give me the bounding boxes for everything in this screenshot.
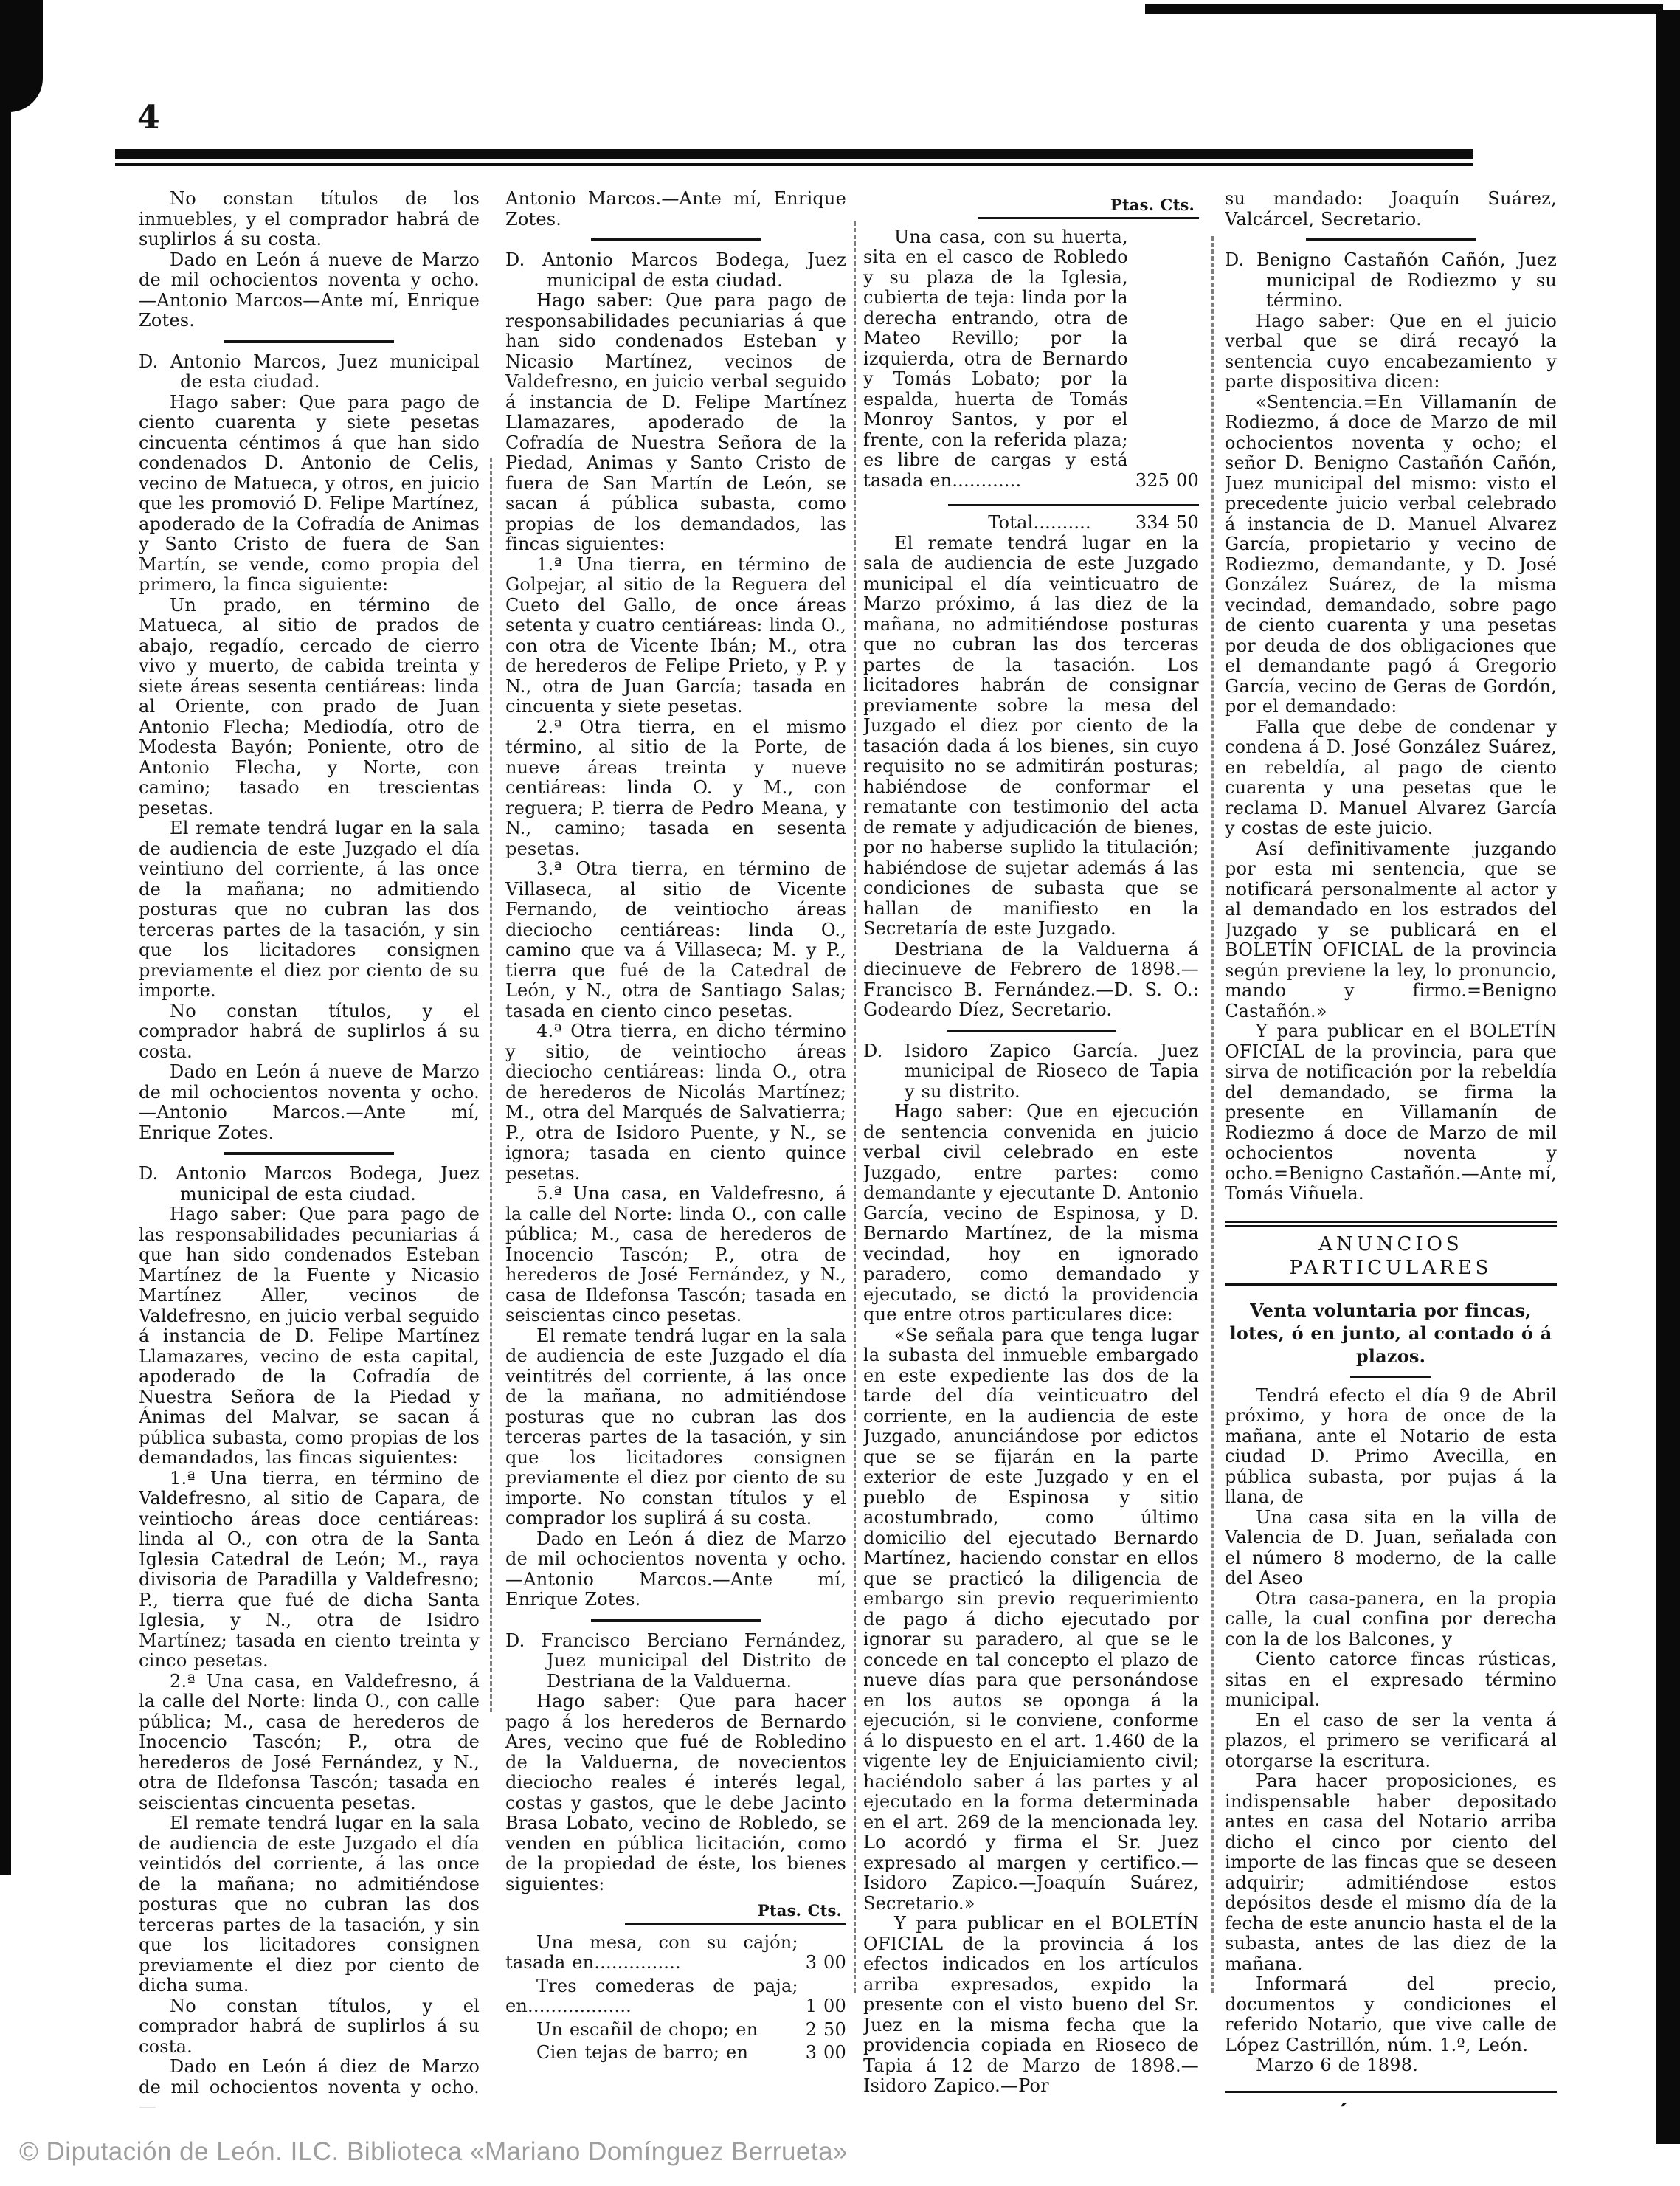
paragraph: 1.ª Una tierra, en término de Valdefresn…: [139, 1469, 480, 1672]
paragraph: «Sentencia.=En Villamanín de Rodiezmo, á…: [1225, 393, 1557, 717]
paragraph: 1.ª Una tierra, en término de Golpejar, …: [505, 555, 846, 717]
paragraph: Dado en León á diez de Marzo de mil ocho…: [139, 2057, 480, 2108]
paragraph: Marzo 6 de 1898.: [1225, 2055, 1557, 2076]
paragraph: Una casa sita en la villa de Valencia de…: [1225, 1508, 1557, 1589]
paragraph: Dado en León á nueve de Marzo de mil och…: [139, 1062, 480, 1143]
paragraph: El remate tendrá lugar en la sala de aud…: [863, 534, 1199, 939]
price-item-label: Una mesa, con su cajón; tasada en.......…: [505, 1933, 798, 1973]
paragraph: «Se señala para que tenga lugar la subas…: [863, 1325, 1199, 1914]
paragraph: Dado en León á nueve de Marzo de mil och…: [139, 250, 480, 331]
notice-opener: D. Antonio Marcos Bodega, Juez municipal…: [505, 250, 846, 291]
paragraph: Ciento catorce fincas rústicas, sitas en…: [1225, 1649, 1557, 1711]
price-total-row: Total..........334 50: [863, 504, 1199, 534]
paragraph: El remate tendrá lugar en la sala de aud…: [505, 1326, 846, 1529]
paragraph: Para hacer proposiciones, es indispensab…: [1225, 1771, 1557, 1974]
paragraph-continuation: Antonio Marcos.—Ante mí, Enrique Zotes.: [505, 189, 846, 230]
text-column-2: Antonio Marcos.—Ante mí, Enrique Zotes.D…: [505, 189, 846, 2108]
notice-opener: D. Francisco Berciano Fernández, Juez mu…: [505, 1631, 846, 1692]
text-column-1: No constan títulos de los inmuebles, y e…: [139, 189, 480, 2108]
price-item-label: Tres comederas de paja; en..............…: [505, 1976, 798, 2017]
paragraph: Hago saber: Que en el juicio verbal que …: [1225, 311, 1557, 393]
price-item-row: Una mesa, con su cajón; tasada en.......…: [505, 1933, 846, 1973]
paragraph: Y para publicar en el BOLETÍN OFICIAL de…: [1225, 1021, 1557, 1204]
scanned-gazette-page: 4 No constan títulos de los inmuebles, y…: [0, 0, 1680, 2186]
paragraph: No constan títulos, y el comprador habrá…: [139, 1996, 480, 2058]
paragraph: Otra casa-panera, en la propia calle, la…: [1225, 1589, 1557, 1650]
footer-rule: [1225, 2091, 1557, 2093]
section-separator-rule: [224, 340, 394, 343]
column-separator-rule: [490, 458, 492, 1712]
column-separator-rule: [1211, 236, 1214, 1993]
paragraph: Hago saber: Que en ejecución de sentenci…: [863, 1102, 1199, 1325]
page-number: 4: [137, 99, 160, 137]
paragraph: Y para publicar en el BOLETÍN OFICIAL de…: [863, 1914, 1199, 2097]
section-separator-rule: [1306, 238, 1476, 241]
price-column-header: Ptas. Cts.: [505, 1900, 846, 1921]
paragraph: Dado en León á diez de Marzo de mil ocho…: [505, 1529, 846, 1610]
paragraph: Un prado, en término de Matueca, al siti…: [139, 596, 480, 819]
paragraph: Hago saber: Que para pago de las respons…: [139, 1204, 480, 1469]
notice-opener: D. Isidoro Zapico García. Juez municipal…: [863, 1041, 1199, 1103]
library-watermark: © Diputación de León. ILC. Biblioteca «M…: [19, 2137, 848, 2167]
paragraph: 2.ª Otra tierra, en el mismo término, al…: [505, 717, 846, 860]
price-value: 3 00: [806, 2043, 846, 2063]
text-column-4: su mandado: Joaquín Suárez, Valcárcel, S…: [1225, 189, 1557, 2108]
column-separator-rule: [854, 221, 856, 1993]
announcement-title: Venta voluntaria por fincas, lotes, ó en…: [1225, 1299, 1557, 1368]
price-value: 325 00: [1135, 471, 1199, 492]
notice-opener: D. Benigno Castañón Cañón, Juez municipa…: [1225, 250, 1557, 311]
paragraph: No constan títulos de los inmuebles, y e…: [139, 189, 480, 250]
anuncios-section-heading: ANUNCIOS PARTICULARES: [1225, 1221, 1557, 1286]
paragraph: 4.ª Otra tierra, en dicho término y siti…: [505, 1021, 846, 1184]
paragraph-continuation: su mandado: Joaquín Suárez, Valcárcel, S…: [1225, 189, 1557, 230]
paragraph: Hago saber: Que para pago de ciento cuar…: [139, 393, 480, 596]
price-item-row: Tres comederas de paja; en..............…: [505, 1976, 846, 2017]
text-column-3: Ptas. Cts.Una casa, con su huerta, sita …: [863, 189, 1199, 2108]
paragraph: Tendrá efecto el día 9 de Abril próximo,…: [1225, 1386, 1557, 1508]
notice-opener: D. Antonio Marcos Bodega, Juez municipal…: [139, 1164, 480, 1204]
price-item-row: Una casa, con su huerta, sita en el casc…: [863, 227, 1199, 492]
section-separator-rule: [947, 1030, 1116, 1032]
price-value: 2 50: [806, 2020, 846, 2041]
paragraph: 2.ª Una casa, en Valdefresno, á la calle…: [139, 1672, 480, 1814]
paragraph: Así definitivamente juzgando por esta mi…: [1225, 839, 1557, 1022]
paragraph: Destriana de la Valduerna á diecinueve d…: [863, 939, 1199, 1021]
price-item-row: Cien tejas de barro; en3 00: [505, 2043, 846, 2063]
paragraph: 3.ª Otra tierra, en término de Villaseca…: [505, 859, 846, 1021]
paragraph: El remate tendrá lugar en la sala de aud…: [139, 1813, 480, 1996]
paragraph: No constan títulos, y el comprador habrá…: [139, 1001, 480, 1063]
section-separator-rule: [591, 238, 761, 241]
price-value: 3 00: [806, 1953, 846, 1973]
price-item-row: Un escañil de chopo; en2 50: [505, 2020, 846, 2041]
scan-artifact-top-line: [1145, 4, 1663, 14]
section-separator-rule: [591, 1619, 761, 1622]
price-column-header: Ptas. Cts.: [863, 195, 1199, 216]
header-double-rule: [115, 149, 1473, 166]
scan-artifact-left-edge: [0, 0, 11, 1875]
price-item-label: Cien tejas de barro; en: [505, 2043, 798, 2063]
price-value: 334 50: [1135, 513, 1199, 534]
paragraph: Falla que debe de condenar y condena á D…: [1225, 717, 1557, 839]
paragraph: Hago saber: Que para pago de responsabil…: [505, 291, 846, 555]
section-separator-rule: [224, 1152, 394, 1155]
small-separator-rule: [1350, 1376, 1431, 1378]
paragraph: El remate tendrá lugar en la sala de aud…: [139, 818, 480, 1001]
price-item-label: Un escañil de chopo; en: [505, 2020, 798, 2041]
price-total-label: Total..........: [988, 513, 1091, 534]
paragraph: En el caso de ser la venta á plazos, el …: [1225, 1711, 1557, 1772]
paragraph: 5.ª Una casa, en Valdefresno, á la calle…: [505, 1184, 846, 1326]
paragraph: Informará del precio, documentos y condi…: [1225, 1974, 1557, 2055]
paragraph: Hago saber: Que para hacer pago á los he…: [505, 1692, 846, 1894]
notice-opener: D. Antonio Marcos, Juez municipal de est…: [139, 352, 480, 393]
price-item-label: Una casa, con su huerta, sita en el casc…: [863, 227, 1128, 492]
scan-artifact-right-edge: [1656, 10, 1680, 2144]
price-value: 1 00: [806, 1996, 846, 2017]
